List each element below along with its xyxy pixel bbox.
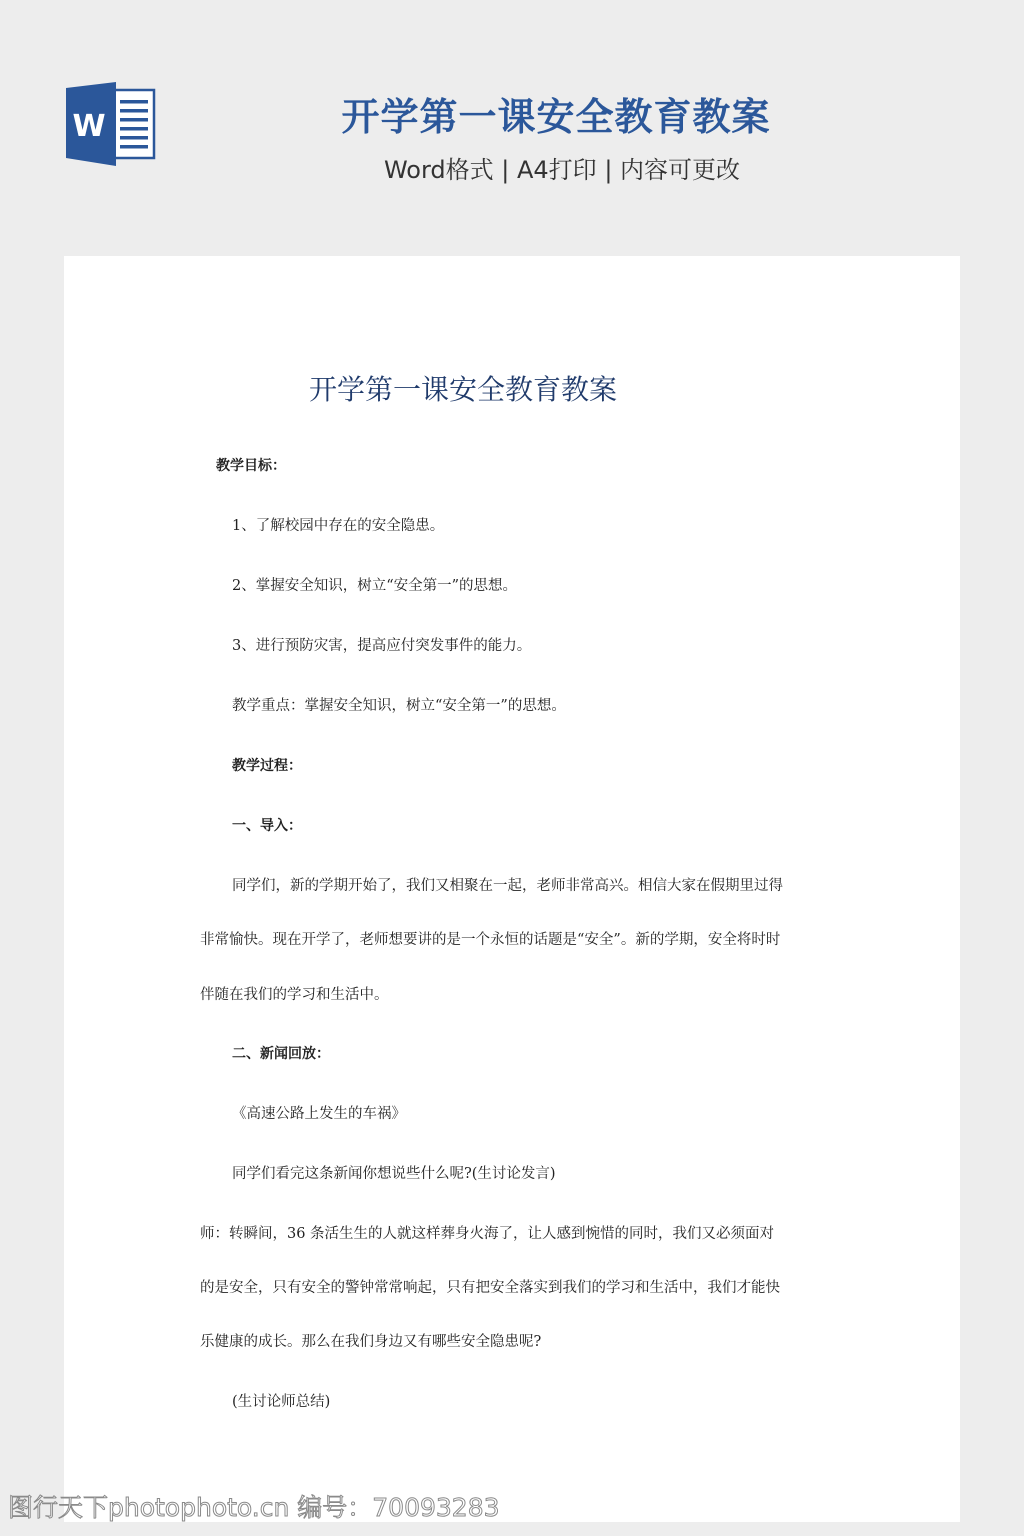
document-title: 开学第一课安全教育教案 <box>0 370 926 410</box>
paragraph-line: 的是安全，只有安全的警钟常常响起，只有把安全落实到我们的学习和生活中，我们才能快 <box>200 1278 780 1298</box>
paragraph-line: 伴随在我们的学习和生活中。 <box>200 985 389 1005</box>
key-point: 教学重点：掌握安全知识，树立“安全第一”的思想。 <box>232 696 566 716</box>
paragraph-line: 同学们看完这条新闻你想说些什么呢?(生讨论发言) <box>232 1164 556 1184</box>
paragraph-line: (生讨论师总结) <box>232 1392 330 1412</box>
heading-process: 教学过程： <box>232 756 302 776</box>
banner-title: 开学第一课安全教育教案 <box>0 92 1024 142</box>
objective-1: 1、了解校园中存在的安全隐患。 <box>232 516 444 536</box>
heading-news: 二、新闻回放： <box>232 1044 330 1064</box>
paragraph-line: 师：转瞬间，36 条活生生的人就这样葬身火海了，让人感到惋惜的同时，我们又必须面… <box>200 1224 774 1244</box>
paragraph-line: 非常愉快。现在开学了，老师想要讲的是一个永恒的话题是“安全”。新的学期，安全将时… <box>200 930 780 950</box>
paragraph-line: 同学们，新的学期开始了，我们又相聚在一起，老师非常高兴。相信大家在假期里过得 <box>232 876 783 896</box>
heading-objectives: 教学目标： <box>216 456 286 476</box>
banner-subtitle: Word格式 | A4打印 | 内容可更改 <box>0 152 1024 188</box>
heading-intro: 一、导入： <box>232 816 302 836</box>
watermark-text: 图行天下photophoto.cn 编号：70093283 <box>8 1492 500 1524</box>
objective-2: 2、掌握安全知识，树立“安全第一”的思想。 <box>232 576 517 596</box>
news-title: 《高速公路上发生的车祸》 <box>232 1104 406 1124</box>
objective-3: 3、进行预防灾害，提高应付突发事件的能力。 <box>232 636 531 656</box>
paragraph-line: 乐健康的成长。那么在我们身边又有哪些安全隐患呢? <box>200 1332 541 1352</box>
